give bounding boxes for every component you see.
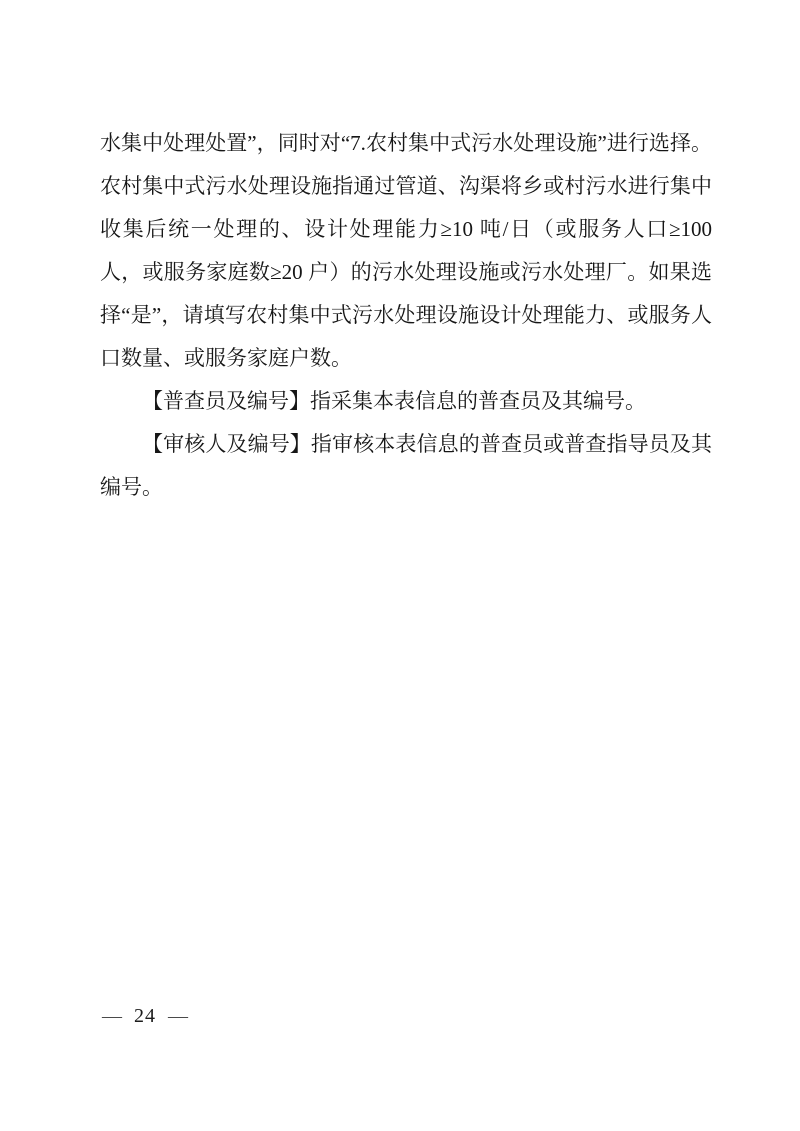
paragraph-reviewer-definition: 【审核人及编号】指审核本表信息的普查员或普查指导员及其编号。 bbox=[100, 423, 712, 509]
footer-left-dash: — bbox=[102, 1002, 122, 1030]
document-page: 水集中处理处置”，同时对“7.农村集中式污水处理设施”进行选择。农村集中式污水处… bbox=[0, 0, 800, 1131]
page-body: 水集中处理处置”，同时对“7.农村集中式污水处理设施”进行选择。农村集中式污水处… bbox=[100, 122, 712, 509]
page-number: 24 bbox=[134, 1002, 156, 1030]
footer-right-dash: — bbox=[168, 1002, 188, 1030]
paragraph-continuation: 水集中处理处置”，同时对“7.农村集中式污水处理设施”进行选择。农村集中式污水处… bbox=[100, 122, 712, 380]
paragraph-surveyor-definition: 【普查员及编号】指采集本表信息的普查员及其编号。 bbox=[100, 380, 712, 423]
page-footer: — 24 — bbox=[102, 1002, 188, 1030]
